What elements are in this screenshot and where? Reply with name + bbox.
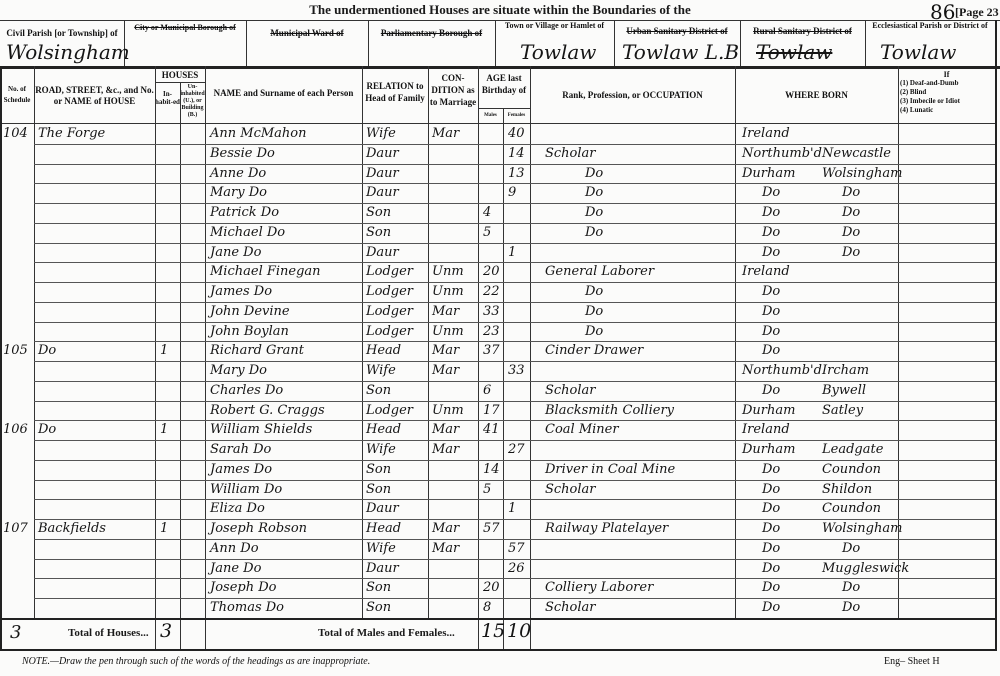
age-female: 40	[508, 124, 530, 143]
born-place	[822, 124, 898, 143]
person-name: Bessie Do	[210, 144, 362, 163]
marital-condition: Mar	[432, 519, 478, 538]
house-name	[38, 578, 155, 597]
col-infirmity-4: (4) Lunatic	[900, 106, 995, 115]
person-name: Patrick Do	[210, 203, 362, 222]
rule	[155, 66, 156, 650]
born-place: Leadgate	[822, 440, 898, 459]
born-place: Do	[822, 203, 918, 222]
schedule-number: 106	[3, 420, 34, 439]
divider	[995, 20, 997, 66]
age-male: 37	[483, 341, 503, 360]
person-name: Sarah Do	[210, 440, 362, 459]
age-male	[483, 361, 503, 380]
age-female: 14	[508, 144, 530, 163]
rule	[503, 108, 504, 650]
inhabited-count	[160, 203, 180, 222]
age-female	[508, 578, 530, 597]
age-female: 1	[508, 499, 530, 518]
age-male	[483, 243, 503, 262]
rule	[530, 66, 531, 650]
person-name: James Do	[210, 460, 362, 479]
relation: Son	[366, 460, 428, 479]
marital-condition: Unm	[432, 401, 478, 420]
relation: Daur	[366, 144, 428, 163]
rule	[735, 66, 736, 618]
person-name: Eliza Do	[210, 499, 362, 518]
person-name: Michael Finegan	[210, 262, 362, 281]
relation: Wife	[366, 361, 428, 380]
relation: Son	[366, 578, 428, 597]
person-name: Robert G. Craggs	[210, 401, 362, 420]
person-name: John Boylan	[210, 322, 362, 341]
age-male	[483, 559, 503, 578]
schedule-number	[3, 499, 34, 518]
municipal-borough-label: City or Municipal Borough of	[124, 23, 246, 33]
person-name: William Do	[210, 480, 362, 499]
schedule-number	[3, 302, 34, 321]
age-female: 57	[508, 539, 530, 558]
age-female	[508, 302, 530, 321]
age-male: 17	[483, 401, 503, 420]
ecclesiastical-parish-label: Ecclesiastical Parish or District of	[865, 21, 995, 31]
relation: Wife	[366, 440, 428, 459]
civil-parish-label: Civil Parish [or Township] of	[0, 28, 124, 38]
born-place	[822, 282, 898, 301]
occupation	[545, 559, 735, 578]
schedule-number	[3, 381, 34, 400]
relation: Head	[366, 420, 428, 439]
col-uninhabited: Un-inhabited (U.), or Building (B.)	[180, 84, 205, 119]
town-village-label: Town or Village or Hamlet of	[495, 21, 614, 31]
born-place: Do	[822, 598, 918, 617]
schedule-number: 107	[3, 519, 34, 538]
born-place: Do	[822, 539, 918, 558]
schedule-number: 104	[3, 124, 34, 143]
civil-parish-value: Wolsingham	[6, 40, 130, 64]
header-bottom-rule	[0, 66, 1000, 69]
house-name	[38, 401, 155, 420]
col-males: Males	[478, 112, 503, 120]
ecclesiastical-parish-value: Towlaw	[880, 40, 956, 64]
marital-condition	[432, 183, 478, 202]
rural-sanitary-value: Towlaw	[756, 40, 832, 64]
marital-condition	[432, 480, 478, 499]
inhabited-count	[160, 243, 180, 262]
occupation: Do	[545, 183, 775, 202]
inhabited-count	[160, 361, 180, 380]
relation: Lodger	[366, 401, 428, 420]
total-houses-label: Total of Houses...	[68, 627, 149, 639]
inhabited-count	[160, 401, 180, 420]
total-houses-value: 3	[160, 620, 172, 642]
urban-sanitary-label: Urban Sanitary District of	[614, 26, 740, 36]
house-name	[38, 243, 155, 262]
born-county: Ireland	[742, 420, 822, 439]
age-male: 5	[483, 480, 503, 499]
born-place	[822, 302, 898, 321]
marital-condition	[432, 499, 478, 518]
totals-bottom-rule	[0, 649, 997, 651]
born-place: Do	[822, 243, 918, 262]
house-name: Do	[38, 420, 155, 439]
marital-condition	[432, 559, 478, 578]
age-female	[508, 282, 530, 301]
born-place	[822, 322, 898, 341]
divider	[246, 20, 247, 66]
schedule-number	[3, 559, 34, 578]
schedules-count: 3	[10, 622, 21, 643]
person-name: Jane Do	[210, 559, 362, 578]
born-place	[822, 341, 898, 360]
inhabited-count	[160, 183, 180, 202]
age-female: 26	[508, 559, 530, 578]
age-male: 20	[483, 578, 503, 597]
age-male: 41	[483, 420, 503, 439]
schedule-number	[3, 361, 34, 380]
marital-condition: Mar	[432, 302, 478, 321]
inhabited-count	[160, 440, 180, 459]
rule	[995, 66, 997, 650]
col-infirmity-title: If	[898, 70, 995, 79]
age-male: 8	[483, 598, 503, 617]
occupation: Do	[545, 203, 775, 222]
age-male: 20	[483, 262, 503, 281]
relation: Lodger	[366, 262, 428, 281]
born-place: Ircham	[822, 361, 898, 380]
occupation: Scholar	[545, 480, 735, 499]
col-relation: RELATION to Head of Family	[362, 80, 428, 104]
age-male	[483, 499, 503, 518]
age-female	[508, 420, 530, 439]
occupation: Scholar	[545, 144, 735, 163]
relation: Lodger	[366, 322, 428, 341]
person-name: John Devine	[210, 302, 362, 321]
person-name: Mary Do	[210, 183, 362, 202]
person-name: Jane Do	[210, 243, 362, 262]
col-where-born: WHERE BORN	[735, 90, 898, 100]
relation: Lodger	[366, 302, 428, 321]
col-inhabited: In-habit-ed	[155, 90, 180, 106]
age-male	[483, 124, 503, 143]
born-county: Durham	[742, 164, 822, 183]
schedule-number	[3, 282, 34, 301]
page-title: The undermentioned Houses are situate wi…	[0, 2, 1000, 18]
occupation: Coal Miner	[545, 420, 735, 439]
rule	[205, 66, 206, 650]
occupation: General Laborer	[545, 262, 735, 281]
occupation: Do	[545, 302, 775, 321]
relation: Daur	[366, 559, 428, 578]
schedule-number	[3, 322, 34, 341]
occupation: Do	[545, 282, 775, 301]
inhabited-count	[160, 164, 180, 183]
inhabited-count	[160, 302, 180, 321]
born-county: Ireland	[742, 262, 822, 281]
schedule-number	[3, 203, 34, 222]
age-male: 22	[483, 282, 503, 301]
municipal-ward-label: Municipal Ward of	[246, 28, 368, 38]
inhabited-count	[160, 223, 180, 242]
occupation: Do	[545, 223, 775, 242]
age-male	[483, 539, 503, 558]
occupation: Railway Platelayer	[545, 519, 735, 538]
relation: Daur	[366, 499, 428, 518]
col-houses: HOUSES	[155, 70, 205, 80]
born-county: Northumb'd	[742, 361, 822, 380]
born-place: Shildon	[822, 480, 898, 499]
relation: Wife	[366, 539, 428, 558]
age-female	[508, 322, 530, 341]
house-name	[38, 262, 155, 281]
born-county: Durham	[742, 440, 822, 459]
divider	[368, 20, 369, 66]
age-female: 27	[508, 440, 530, 459]
age-male: 57	[483, 519, 503, 538]
col-name: NAME and Surname of each Person	[205, 87, 362, 99]
age-female	[508, 401, 530, 420]
schedule-number	[3, 480, 34, 499]
person-name: Michael Do	[210, 223, 362, 242]
house-name	[38, 144, 155, 163]
occupation	[545, 243, 735, 262]
marital-condition: Unm	[432, 282, 478, 301]
occupation	[545, 499, 735, 518]
marital-condition: Mar	[432, 420, 478, 439]
occupation: Scholar	[545, 381, 735, 400]
inhabited-count	[160, 480, 180, 499]
house-name	[38, 381, 155, 400]
marital-condition	[432, 381, 478, 400]
relation: Daur	[366, 183, 428, 202]
inhabited-count	[160, 282, 180, 301]
house-name	[38, 164, 155, 183]
house-name	[38, 440, 155, 459]
person-name: Ann Do	[210, 539, 362, 558]
person-name: Thomas Do	[210, 598, 362, 617]
col-infirmity-1: (1) Deaf-and-Dumb	[900, 79, 995, 88]
house-name	[38, 559, 155, 578]
house-name	[38, 223, 155, 242]
urban-sanitary-value: Towlaw L.B	[622, 40, 739, 64]
marital-condition	[432, 598, 478, 617]
house-name: Do	[38, 341, 155, 360]
age-female	[508, 460, 530, 479]
age-female	[508, 598, 530, 617]
person-name: Mary Do	[210, 361, 362, 380]
marital-condition	[432, 223, 478, 242]
age-male	[483, 183, 503, 202]
age-female	[508, 341, 530, 360]
inhabited-count: 1	[160, 420, 180, 439]
marital-condition: Mar	[432, 341, 478, 360]
schedule-number	[3, 144, 34, 163]
schedule-number	[3, 262, 34, 281]
age-male	[483, 440, 503, 459]
relation: Lodger	[366, 282, 428, 301]
inhabited-count	[160, 460, 180, 479]
marital-condition: Mar	[432, 539, 478, 558]
inhabited-count	[160, 598, 180, 617]
schedule-number: 105	[3, 341, 34, 360]
town-village-value: Towlaw	[520, 40, 596, 64]
inhabited-count	[160, 499, 180, 518]
relation: Son	[366, 381, 428, 400]
rule	[34, 66, 35, 618]
born-place: Satley	[822, 401, 898, 420]
schedule-number	[3, 440, 34, 459]
schedule-number	[3, 598, 34, 617]
born-county: Ireland	[742, 124, 822, 143]
person-name: Joseph Robson	[210, 519, 362, 538]
marital-condition: Unm	[432, 322, 478, 341]
rule	[180, 82, 181, 650]
born-place	[822, 262, 898, 281]
house-name	[38, 539, 155, 558]
house-name	[38, 282, 155, 301]
inhabited-count	[160, 559, 180, 578]
col-occupation: Rank, Profession, or OCCUPATION	[530, 90, 735, 100]
house-name	[38, 203, 155, 222]
inhabited-count	[160, 381, 180, 400]
born-place: Wolsingham	[822, 519, 898, 538]
house-name: The Forge	[38, 124, 155, 143]
inhabited-count	[160, 322, 180, 341]
parliamentary-borough-label: Parliamentary Borough of	[368, 28, 495, 38]
marital-condition: Unm	[432, 262, 478, 281]
occupation: Driver in Coal Mine	[545, 460, 735, 479]
person-name: William Shields	[210, 420, 362, 439]
inhabited-count	[160, 262, 180, 281]
age-female	[508, 519, 530, 538]
schedule-number	[3, 164, 34, 183]
marital-condition	[432, 460, 478, 479]
house-name	[38, 499, 155, 518]
occupation: Colliery Laborer	[545, 578, 735, 597]
marital-condition: Mar	[432, 440, 478, 459]
occupation: Do	[545, 322, 775, 341]
occupation: Scholar	[545, 598, 735, 617]
person-name: Charles Do	[210, 381, 362, 400]
age-female	[508, 480, 530, 499]
age-male: 14	[483, 460, 503, 479]
person-name: Anne Do	[210, 164, 362, 183]
relation: Son	[366, 480, 428, 499]
house-name	[38, 183, 155, 202]
inhabited-count	[160, 124, 180, 143]
relation: Daur	[366, 243, 428, 262]
born-place	[822, 420, 898, 439]
col-road: ROAD, STREET, &c., and No. or NAME of HO…	[34, 85, 155, 107]
born-place: Coundon	[822, 499, 898, 518]
footer-note: NOTE.—Draw the pen through such of the w…	[22, 656, 370, 667]
rule	[428, 66, 429, 618]
age-male	[483, 144, 503, 163]
person-name: Richard Grant	[210, 341, 362, 360]
age-male: 33	[483, 302, 503, 321]
col-females: Females	[503, 112, 530, 120]
age-female	[508, 203, 530, 222]
age-female: 9	[508, 183, 530, 202]
age-male: 5	[483, 223, 503, 242]
occupation	[545, 124, 735, 143]
age-subrule	[478, 108, 530, 109]
schedule-number	[3, 539, 34, 558]
age-female: 33	[508, 361, 530, 380]
age-male: 4	[483, 203, 503, 222]
total-persons-label: Total of Males and Females...	[318, 627, 455, 639]
relation: Head	[366, 519, 428, 538]
marital-condition	[432, 243, 478, 262]
col-condition: CON-DITION as to Marriage	[428, 72, 478, 108]
rule	[362, 66, 363, 618]
rule	[478, 66, 479, 650]
born-place: Do	[822, 578, 918, 597]
marital-condition	[432, 203, 478, 222]
schedule-number	[3, 578, 34, 597]
born-place: Muggleswick	[822, 559, 898, 578]
house-name	[38, 302, 155, 321]
house-name	[38, 322, 155, 341]
page-label: [Page 23	[955, 5, 999, 20]
total-females: 10	[507, 620, 531, 642]
born-place: Do	[822, 223, 918, 242]
occupation: Do	[545, 164, 775, 183]
marital-condition	[432, 164, 478, 183]
born-county: Northumb'd	[742, 144, 822, 163]
relation: Wife	[366, 124, 428, 143]
relation: Head	[366, 341, 428, 360]
born-place: Newcastle	[822, 144, 898, 163]
age-male: 6	[483, 381, 503, 400]
occupation	[545, 361, 735, 380]
schedule-number	[3, 401, 34, 420]
person-name: James Do	[210, 282, 362, 301]
house-name	[38, 460, 155, 479]
marital-condition: Mar	[432, 361, 478, 380]
house-name	[38, 598, 155, 617]
born-county: Durham	[742, 401, 822, 420]
rule	[0, 66, 2, 650]
col-schedule: No. of Schedule	[0, 84, 34, 106]
inhabited-count	[160, 144, 180, 163]
col-age: AGE last Birthday of	[478, 72, 530, 96]
house-name: Backfields	[38, 519, 155, 538]
relation: Son	[366, 598, 428, 617]
born-place: Wolsingham	[822, 164, 898, 183]
person-name: Ann McMahon	[210, 124, 362, 143]
relation: Daur	[366, 164, 428, 183]
inhabited-count	[160, 539, 180, 558]
col-infirmity-2: (2) Blind	[900, 88, 995, 97]
occupation: Cinder Drawer	[545, 341, 735, 360]
schedule-number	[3, 243, 34, 262]
age-male	[483, 164, 503, 183]
age-female: 1	[508, 243, 530, 262]
sheet-label: Eng– Sheet H	[884, 656, 940, 667]
age-male: 23	[483, 322, 503, 341]
age-female	[508, 381, 530, 400]
occupation	[545, 440, 735, 459]
person-name: Joseph Do	[210, 578, 362, 597]
occupation: Blacksmith Colliery	[545, 401, 735, 420]
schedule-number	[3, 223, 34, 242]
inhabited-count: 1	[160, 519, 180, 538]
house-name	[38, 361, 155, 380]
relation: Son	[366, 223, 428, 242]
rural-sanitary-label: Rural Sanitary District of	[740, 26, 865, 36]
age-female	[508, 262, 530, 281]
